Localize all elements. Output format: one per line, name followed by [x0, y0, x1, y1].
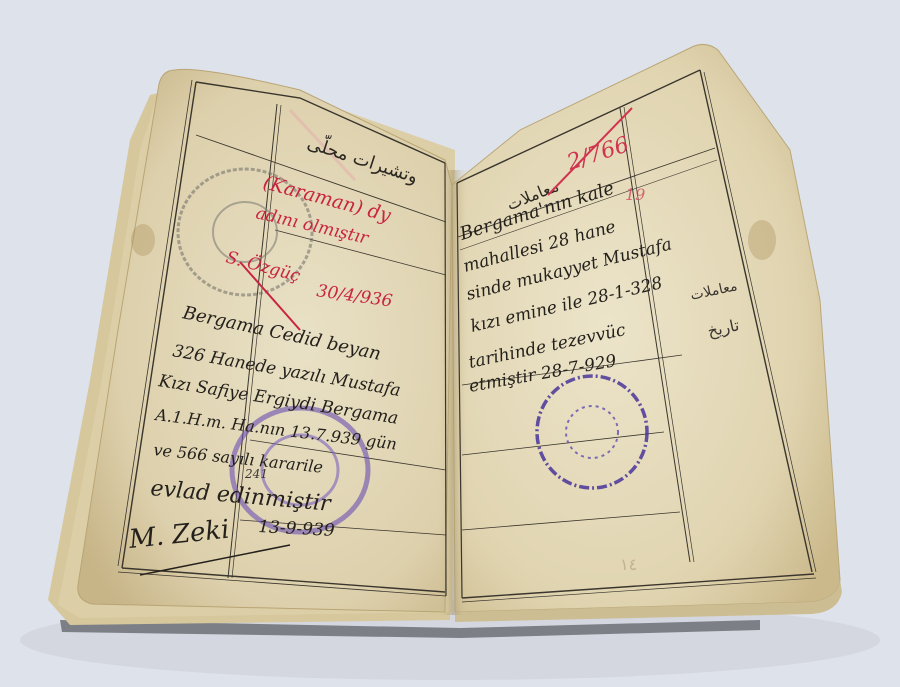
- booklet-illustration: وتشيرات محلّى (Karaman) dy adını olmıştı…: [0, 0, 900, 687]
- stain: [748, 220, 776, 260]
- red-small-number: 19: [625, 185, 645, 204]
- stamp-number: 241: [244, 467, 268, 481]
- faint-bottom-text: ١٤: [620, 555, 637, 574]
- stain: [131, 224, 155, 256]
- photo-scene: وتشيرات محلّى (Karaman) dy adını olmıştı…: [0, 0, 900, 687]
- left-entry-date: 13-9-939: [258, 517, 336, 541]
